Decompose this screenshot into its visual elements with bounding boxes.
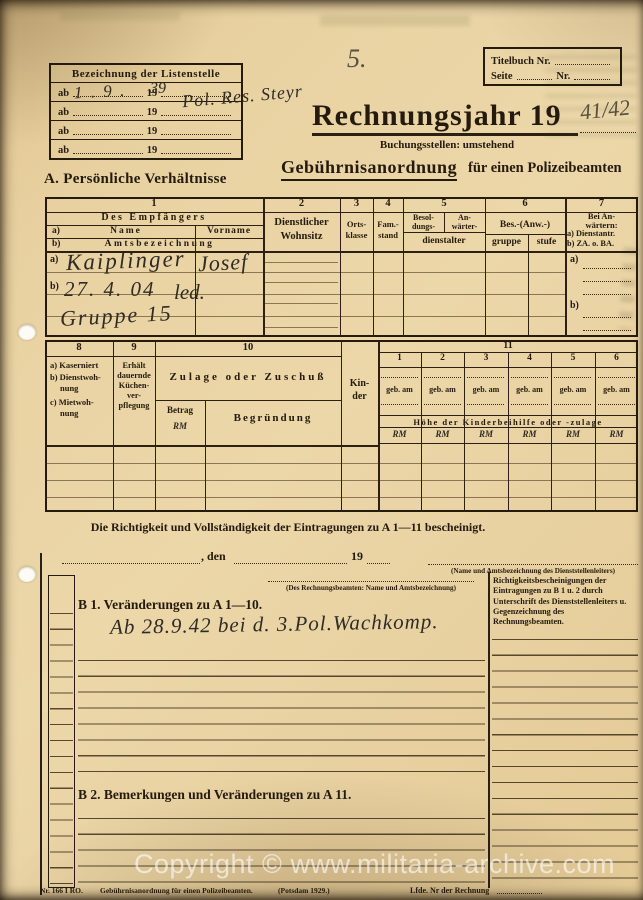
t2-col8-line1: a) Kaserniert (50, 360, 98, 370)
handwritten-rechnungsjahr: 41/42 (579, 94, 632, 125)
t2-col9-number: 9 (113, 342, 155, 353)
t2-sub-number-1: 1 (378, 353, 421, 363)
rule-line (565, 197, 567, 337)
rule-line (45, 272, 565, 273)
rule-line (45, 445, 378, 447)
rule-line (381, 377, 418, 378)
t2-rm-label: RM (421, 429, 464, 439)
t2-rm-label: RM (464, 429, 508, 439)
t2-rm-label: RM (508, 429, 551, 439)
rule-line (45, 225, 263, 226)
rule-line (378, 427, 638, 428)
rule-line (424, 377, 461, 378)
rule-line (45, 294, 565, 295)
rule-line (378, 415, 638, 416)
accountant-caption: (Des Rechnungsbeamten: Name und Amtsbeze… (268, 584, 474, 592)
ab-label: ab (58, 107, 69, 118)
t1-col1-number: 1 (45, 198, 263, 209)
t2-col8-line5: nung (60, 408, 78, 418)
rule-line (195, 225, 196, 337)
rule-line (444, 212, 445, 232)
rule-line (595, 352, 596, 512)
t1-body-b-label: b) (50, 281, 59, 292)
titelbuch-box: Titelbuch Nr. Seite Nr. (483, 47, 622, 86)
t2-rm-label: RM (595, 429, 638, 439)
t1-col7-line3: a) Dienstantr. (567, 229, 615, 238)
rule-line (265, 327, 338, 328)
rule-line (45, 212, 638, 213)
t2-col8-number: 8 (45, 342, 113, 353)
t1-a-label: a) (52, 226, 60, 236)
scanned-form-page: Bezeichnung der Listenstelle ab 19 ab 19… (0, 0, 643, 900)
accountant-line (268, 581, 474, 582)
t1-col6-number: 6 (485, 198, 565, 209)
t1-col4-line2: stand (373, 230, 403, 240)
t1-col5-besold2: dungs- (403, 222, 444, 231)
rule-line (381, 404, 418, 405)
t2-col8-line4: c) Mietwoh- (50, 397, 94, 407)
blank-line (73, 105, 143, 116)
t2-sub-number-3: 3 (464, 353, 508, 363)
rule-line (583, 317, 631, 318)
t1-col5-number: 5 (403, 198, 485, 209)
blank-line (73, 143, 143, 154)
t1-col2-line2: Wohnsitz (263, 231, 340, 242)
bleedthrough-smudge (59, 12, 180, 21)
signature-line (428, 564, 638, 565)
certify-statement: Die Richtigkeit und Vollständigkeit der … (58, 520, 518, 535)
t1-col5-besold1: Besol- (403, 213, 444, 222)
handwritten-page-number: 5. (347, 44, 367, 74)
t1-col1-title: Des Empfängers (45, 212, 263, 223)
rule-line (424, 404, 461, 405)
rule-line (598, 377, 635, 378)
rule-line (403, 232, 485, 233)
t1-col7-body-a: a) (570, 254, 578, 265)
year-prefix: 19 (147, 145, 158, 156)
footer-form-title: Gebührnisanordnung für einen Polizeibeam… (100, 886, 253, 895)
t2-sub-number-5: 5 (551, 353, 595, 363)
rule-line (265, 303, 338, 304)
t2-col9-line2: dauernde (113, 371, 155, 380)
title-year-dotted (580, 132, 636, 133)
t2-col9-line4: ver- (113, 391, 155, 400)
t2-rm-label: RM (551, 429, 595, 439)
t1-col6-gruppe: gruppe (485, 237, 528, 247)
nr-label: Nr. (556, 71, 570, 82)
rule-line (45, 238, 263, 239)
rule-line (511, 404, 548, 405)
rule-line (554, 404, 591, 405)
t2-sub-number-2: 2 (421, 353, 464, 363)
t2-geb-label: geb. am (421, 385, 464, 394)
b1-title: B 1. Veränderungen zu A 1—10. (78, 597, 262, 613)
blank-line (161, 143, 231, 154)
t1-col4-line1: Fam.- (373, 219, 403, 229)
t2-kinder-line2: der (341, 391, 378, 402)
subtitle: Buchungsstellen: umstehend (362, 139, 532, 151)
blank-line (555, 54, 610, 65)
t2-begruendung-label: Begründung (205, 412, 341, 424)
b2-title: B 2. Bemerkungen und Veränderungen zu A … (78, 787, 351, 803)
t1-col5-bottom: dienstalter (403, 236, 485, 246)
t2-geb-label: geb. am (378, 385, 421, 394)
listenstelle-row: ab 19 (51, 120, 241, 139)
rule-line (464, 352, 465, 512)
listenstelle-box: Bezeichnung der Listenstelle ab 19 ab 19… (49, 63, 243, 160)
b-date-column-lines (50, 598, 73, 886)
handwritten-firstname: Josef (197, 249, 248, 278)
b1-ruled-lines (78, 645, 485, 781)
t1-name-label: Name (62, 226, 190, 236)
bleedthrough-smudge (320, 15, 470, 26)
t1-col5-anw2: wärter- (444, 222, 485, 231)
handwritten-birthdate: 27. 4. 04 (64, 277, 156, 302)
punch-hole (18, 566, 36, 582)
rule-line (467, 404, 504, 405)
title-underline (312, 133, 578, 136)
rule-line (378, 367, 638, 368)
t2-betrag-rm: RM (155, 421, 205, 431)
rule-line (508, 352, 509, 512)
blank-line (161, 124, 231, 135)
form-title: Rechnungsjahr 19 (312, 99, 562, 133)
t2-col11-number: 11 (378, 340, 638, 351)
blank-line (234, 563, 347, 564)
rule-line (421, 352, 422, 512)
t1-col4-number: 4 (373, 198, 403, 209)
t2-col10-title: Zulage oder Zuschuß (155, 371, 341, 383)
t1-col6-top: Bes.-(Anw.-) (485, 220, 565, 230)
rule-line (554, 377, 591, 378)
rule-line (598, 404, 635, 405)
rule-line (45, 251, 638, 253)
listenstelle-row: ab 19 (51, 139, 241, 158)
t2-geb-label: geb. am (595, 385, 638, 394)
rule-line (488, 572, 490, 888)
b-right-note: Richtigkeitsbescheinigungen der Eintragu… (493, 576, 635, 627)
listenstelle-title: Bezeichnung der Listenstelle (51, 65, 241, 82)
t2-col10-number: 10 (155, 342, 341, 353)
rule-line (155, 341, 156, 512)
footer-form-number: Nr. 166 I RO. (40, 886, 83, 895)
t2-geb-label: geb. am (508, 385, 551, 394)
heading-rest: für einen Polizeibeamten (468, 160, 622, 177)
t1-col7-number: 7 (565, 198, 638, 209)
rule-line (45, 497, 638, 498)
rule-line (378, 443, 638, 444)
rule-line (40, 553, 42, 895)
rule-line (341, 341, 342, 512)
rule-line (205, 400, 206, 512)
blank-line (517, 69, 553, 80)
t2-col8-line3: nung (60, 383, 78, 393)
rule-line (155, 400, 341, 401)
t1-col3-number: 3 (340, 198, 373, 209)
t1-col6-stufe: stufe (528, 237, 565, 247)
section-a-title: A. Persönliche Verhältnisse (44, 171, 227, 188)
rule-line (45, 356, 341, 357)
t2-col9-line1: Erhält (113, 361, 155, 370)
t1-col3-line1: Orts- (340, 219, 373, 229)
t2-geb-label: geb. am (464, 385, 508, 394)
t1-col5-anw1: An- (444, 213, 485, 222)
footer-lfd-line (497, 893, 542, 894)
rule-line (583, 281, 631, 282)
t1-body-a-label: a) (50, 254, 58, 265)
rule-line (113, 341, 114, 512)
b-right-column-lines (492, 624, 638, 886)
t1-col3-line2: klasse (340, 230, 373, 240)
titelbuch-label: Titelbuch Nr. (491, 56, 551, 67)
t2-kinder-line1: Kin- (341, 378, 378, 389)
t2-col9-line5: pflegung (113, 401, 155, 410)
t1-vorname-label: Vorname (196, 226, 262, 236)
rule-line (551, 352, 552, 512)
blank-line (367, 563, 390, 564)
t1-col2-number: 2 (263, 198, 340, 209)
punch-hole (18, 324, 36, 340)
t2-geb-label: geb. am (551, 385, 595, 394)
t2-betrag-label: Betrag (155, 405, 205, 415)
t2-col8-line2: b) Dienstwoh- (50, 372, 101, 382)
t1-b-label: b) (52, 239, 60, 249)
t2-sub-number-6: 6 (595, 353, 638, 363)
seite-label: Seite (491, 71, 513, 82)
den-label: , den (201, 549, 226, 564)
watermark-text: Copyright © www.militaria-archive.com (134, 849, 615, 880)
heading-main: Gebührnisanordnung (281, 157, 457, 181)
rule-line (583, 294, 631, 295)
rule-line (45, 480, 638, 481)
ab-label: ab (58, 145, 69, 156)
handwritten-led: led. (174, 280, 205, 305)
footer-origin: (Potsdam 1929.) (278, 886, 330, 895)
rule-line (45, 316, 565, 317)
rule-line (467, 377, 504, 378)
handwritten-b1-entry: Ab 28.9.42 bei d. 3.Pol.Wachkomp. (110, 609, 439, 640)
year-prefix: 19 (147, 126, 158, 137)
rule-line (511, 377, 548, 378)
handwritten-year: 39 (150, 80, 166, 98)
handwritten-date: 1 . 9 . (74, 81, 127, 104)
ab-label: ab (58, 126, 69, 137)
t2-sub-number-4: 4 (508, 353, 551, 363)
rule-line (583, 268, 631, 269)
rule-line (265, 282, 338, 283)
rule-line (485, 234, 565, 235)
blank-line (73, 124, 143, 135)
rule-line (265, 262, 338, 263)
rule-line (528, 234, 529, 337)
signature-caption: (Name und Amtsbezeichnung des Dienststel… (428, 567, 638, 575)
t1-col2-line1: Dienstlicher (263, 217, 340, 228)
blank-line (574, 69, 610, 80)
ab-label: ab (58, 88, 69, 99)
rule-line (583, 330, 631, 331)
year-prefix: 19 (147, 107, 158, 118)
t2-col9-line3: Küchen- (113, 381, 155, 390)
t2-rm-label: RM (378, 429, 421, 439)
blank-line (62, 563, 200, 564)
rule-line (45, 463, 638, 464)
t1-col7-body-b: b) (570, 300, 579, 311)
rule-line (378, 352, 638, 353)
footer-lfd-label: Lfde. Nr der Rechnung (410, 886, 489, 895)
t1-col7-line4: b) ZA. o. BA. (567, 239, 614, 248)
year-label: 19 (351, 549, 363, 564)
